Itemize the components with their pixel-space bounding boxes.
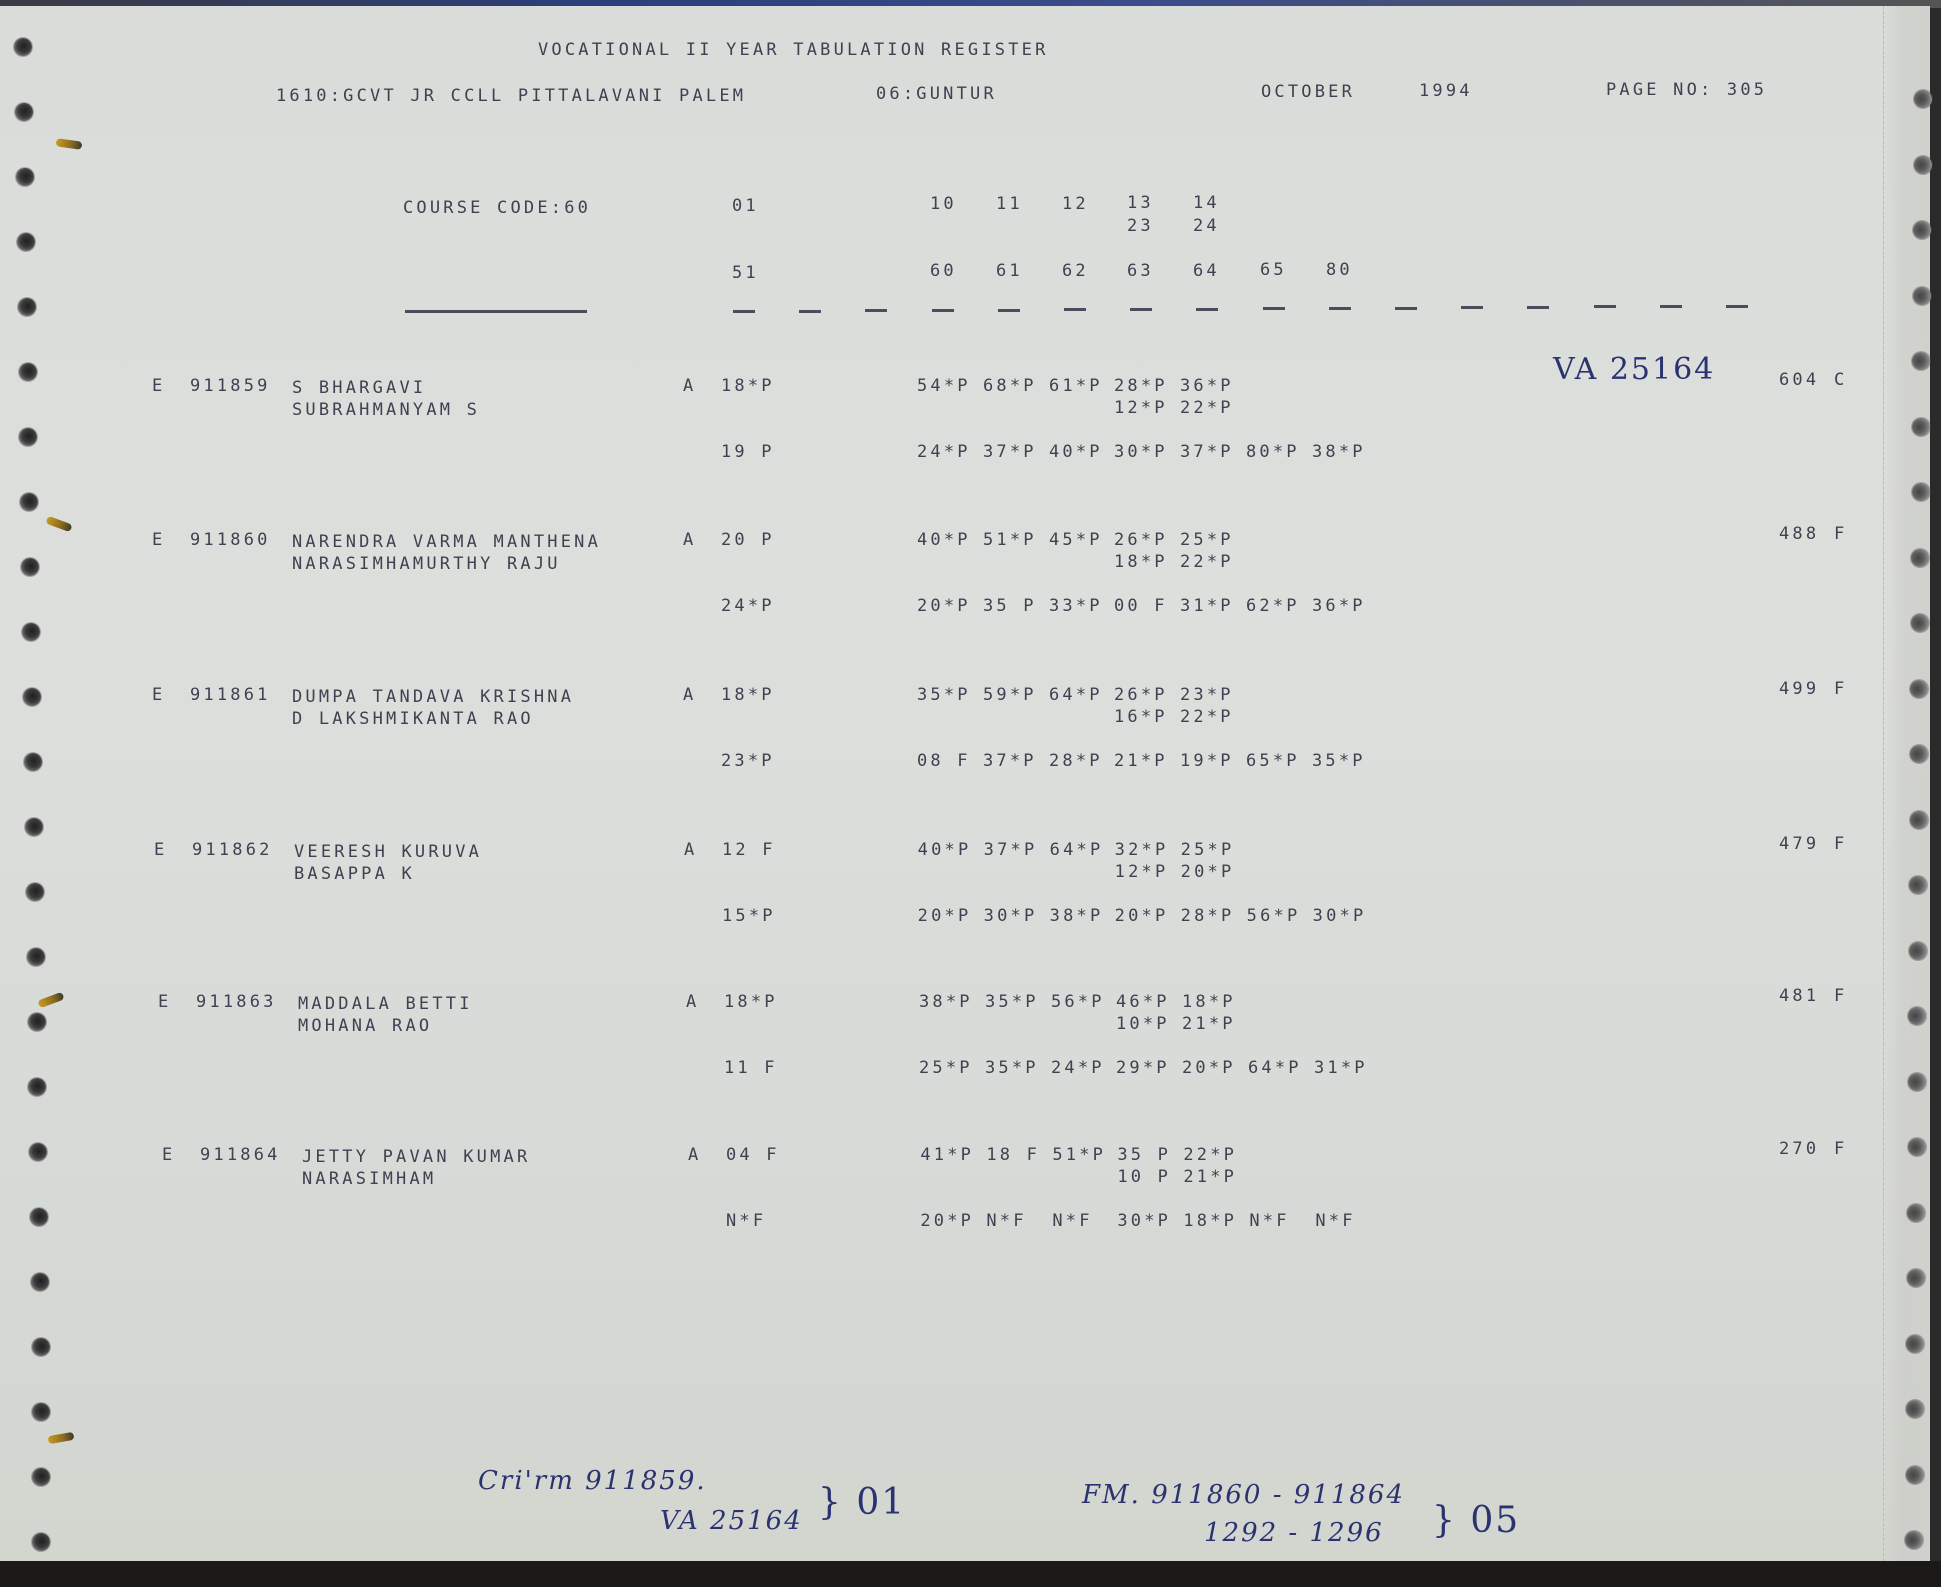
second-year-subject-mark: 33*P — [1049, 596, 1103, 616]
second-year-subject-mark: 40*P — [1049, 442, 1103, 462]
feed-hole — [1910, 745, 1928, 763]
father-name: NARASIMHAM — [302, 1169, 436, 1189]
insect-speck — [48, 1432, 75, 1444]
college-name: 1610:GCVT JR CCLL PITTALAVANI PALEM — [276, 86, 746, 106]
second-year-subject-mark: 35*P — [1312, 751, 1366, 771]
record-flag: E — [152, 376, 165, 396]
feed-hole — [22, 623, 40, 641]
second-year-subject-mark: 21*P — [1114, 751, 1168, 771]
feed-hole — [1913, 287, 1931, 305]
first-year-subject-mark: 40*P — [918, 840, 972, 860]
second-year-subject-mark: 64*P — [1248, 1058, 1302, 1078]
first-year-subject-mark: 22*P — [1183, 1145, 1237, 1165]
practical-mark: 12*P — [1114, 398, 1168, 418]
student-name: MADDALA BETTI — [298, 994, 473, 1014]
student-name: DUMPA TANDAVA KRISHNA — [292, 687, 574, 707]
feed-hole — [1911, 614, 1929, 632]
second-year-subject-mark: 65*P — [1246, 751, 1300, 771]
second-year-subject-mark: 20*P — [918, 906, 972, 926]
second-year-subject-mark: 35*P — [985, 1058, 1039, 1078]
feed-hole — [29, 1143, 47, 1161]
second-year-subject-mark: 30*P — [1114, 442, 1168, 462]
group-code: A — [683, 530, 696, 550]
feed-hole — [19, 363, 37, 381]
feed-hole — [32, 1338, 50, 1356]
first-year-subject-mark: 35*P — [917, 685, 971, 705]
first-year-subject-mark: 64*P — [1050, 840, 1104, 860]
second-year-subject-mark: 28*P — [1049, 751, 1103, 771]
page-number: PAGE NO: 305 — [1606, 80, 1767, 100]
feed-hole — [20, 493, 38, 511]
practical-mark: 18*P — [1114, 552, 1168, 572]
first-year-subject-mark: 38*P — [919, 992, 973, 1012]
column-dash — [1527, 306, 1549, 309]
result-code: F — [1834, 834, 1847, 854]
second-year-subject-mark: 19*P — [1180, 751, 1234, 771]
column-dash — [799, 310, 821, 313]
record-flag: E — [152, 685, 165, 705]
handwritten-note-right-brace: } 05 — [1432, 1500, 1520, 1541]
father-name: D LAKSHMIKANTA RAO — [292, 709, 534, 729]
insect-speck — [56, 138, 83, 150]
first-year-subject-mark: 35*P — [985, 992, 1039, 1012]
handwritten-note-left-line1: Cri'rm 911859. — [478, 1466, 707, 1496]
second-year-subject-mark: N*F — [1052, 1211, 1092, 1231]
feed-hole — [1914, 90, 1932, 108]
result-code: F — [1834, 679, 1847, 699]
second-year-subject-mark: 24*P — [917, 442, 971, 462]
grand-total: 488 — [1779, 524, 1819, 544]
feed-hole — [1912, 418, 1930, 436]
feed-hole — [28, 1013, 46, 1031]
feed-hole — [1908, 1138, 1926, 1156]
feed-hole — [1910, 680, 1928, 698]
column-dash — [1461, 306, 1483, 309]
col-code-10: 10 — [930, 194, 957, 214]
second-year-subject-mark: 80*P — [1246, 442, 1300, 462]
student-name: S BHARGAVI — [292, 378, 426, 398]
second-year-subject-mark: N*F — [1249, 1211, 1289, 1231]
insect-speck — [37, 992, 64, 1008]
second-year-subject-mark: N*F — [986, 1211, 1026, 1231]
handwritten-annotation-va: VA 25164 — [1553, 352, 1715, 387]
feed-hole — [1910, 811, 1928, 829]
column-dash — [1064, 308, 1086, 311]
feed-hole — [1906, 1400, 1924, 1418]
col-code-12: 12 — [1062, 194, 1089, 214]
group-code: A — [683, 685, 696, 705]
group-code: A — [683, 376, 696, 396]
second-year-subject-mark: 25*P — [919, 1058, 973, 1078]
second-year-subject-mark: 20*P — [1115, 906, 1169, 926]
second-year-subject-mark: 20*P — [920, 1211, 974, 1231]
tractor-feed-strip-right — [1883, 6, 1930, 1561]
feed-hole — [16, 168, 34, 186]
feed-hole — [32, 1533, 50, 1551]
first-year-language-mark: 18*P — [721, 685, 775, 705]
second-year-subject-mark: 30*P — [1117, 1211, 1171, 1231]
col-code-64: 64 — [1193, 261, 1220, 281]
col-code-61: 61 — [996, 261, 1023, 281]
result-code: F — [1834, 1139, 1847, 1159]
feed-hole — [26, 883, 44, 901]
first-year-subject-mark: 41*P — [920, 1145, 974, 1165]
first-year-subject-mark: 35 P — [1117, 1145, 1171, 1165]
col-code-11: 11 — [996, 194, 1023, 214]
second-year-subject-mark: 31*P — [1180, 596, 1234, 616]
feed-hole — [32, 1468, 50, 1486]
feed-hole — [1911, 549, 1929, 567]
col-code-51: 51 — [732, 263, 759, 283]
father-name: SUBRAHMANYAM S — [292, 400, 480, 420]
second-year-language-mark: 19 P — [721, 442, 775, 462]
feed-hole — [14, 38, 32, 56]
col-code-65: 65 — [1260, 260, 1287, 280]
first-year-language-mark: 04 F — [726, 1145, 780, 1165]
handwritten-note-right-line2: 1292 - 1296 — [1204, 1518, 1384, 1548]
handwritten-note-right-line1: FM. 911860 - 911864 — [1082, 1480, 1405, 1510]
result-code: C — [1834, 370, 1847, 390]
first-year-subject-mark: 26*P — [1114, 530, 1168, 550]
feed-hole — [1907, 1269, 1925, 1287]
register-title: VOCATIONAL II YEAR TABULATION REGISTER — [538, 40, 1049, 60]
first-year-language-mark: 12 F — [722, 840, 776, 860]
result-code: F — [1834, 524, 1847, 544]
hall-ticket-number: 911863 — [196, 992, 277, 1012]
second-year-subject-mark: 20*P — [1182, 1058, 1236, 1078]
group-code: A — [684, 840, 697, 860]
feed-hole — [1914, 156, 1932, 174]
hall-ticket-number: 911861 — [190, 685, 271, 705]
column-dash — [733, 310, 755, 313]
col-code-13: 13 — [1127, 193, 1154, 213]
first-year-subject-mark: 59*P — [983, 685, 1037, 705]
first-year-language-mark: 18*P — [724, 992, 778, 1012]
practical-mark: 10 P — [1117, 1167, 1171, 1187]
first-year-subject-mark: 25*P — [1181, 840, 1235, 860]
second-year-subject-mark: 37*P — [983, 751, 1037, 771]
second-year-subject-mark: 36*P — [1312, 596, 1366, 616]
district-name: 06:GUNTUR — [876, 84, 997, 104]
practical-mark: 20*P — [1181, 862, 1235, 882]
handwritten-note-left-line2: VA 25164 — [660, 1506, 803, 1536]
hall-ticket-number: 911859 — [190, 376, 271, 396]
column-dash — [865, 309, 887, 312]
first-year-language-mark: 18*P — [721, 376, 775, 396]
column-dash — [998, 309, 1020, 312]
col-code-62: 62 — [1062, 261, 1089, 281]
second-year-subject-mark: N*F — [1315, 1211, 1355, 1231]
practical-mark: 10*P — [1116, 1014, 1170, 1034]
first-year-subject-mark: 68*P — [983, 376, 1037, 396]
second-year-subject-mark: 28*P — [1181, 906, 1235, 926]
first-year-subject-mark: 40*P — [917, 530, 971, 550]
second-year-language-mark: 23*P — [721, 751, 775, 771]
exam-year: 1994 — [1419, 81, 1473, 101]
feed-hole — [21, 558, 39, 576]
second-year-language-mark: 15*P — [722, 906, 776, 926]
column-dash — [932, 309, 954, 312]
second-year-subject-mark: 62*P — [1246, 596, 1300, 616]
father-name: MOHANA RAO — [298, 1016, 432, 1036]
practical-mark: 16*P — [1114, 707, 1168, 727]
column-dash — [1594, 305, 1616, 308]
first-year-subject-mark: 26*P — [1114, 685, 1168, 705]
column-dash — [1395, 307, 1417, 310]
feed-hole — [1907, 1204, 1925, 1222]
col-code-60: 60 — [930, 261, 957, 281]
feed-hole — [30, 1208, 48, 1226]
grand-total: 481 — [1779, 986, 1819, 1006]
first-year-subject-mark: 36*P — [1180, 376, 1234, 396]
course-code-underline — [405, 310, 587, 313]
second-year-subject-mark: 00 F — [1114, 596, 1168, 616]
grand-total: 604 — [1779, 370, 1819, 390]
practical-mark: 21*P — [1183, 1167, 1237, 1187]
column-dash — [1196, 308, 1218, 311]
col-code-63: 63 — [1127, 261, 1154, 281]
first-year-subject-mark: 61*P — [1049, 376, 1103, 396]
father-name: BASAPPA K — [294, 864, 415, 884]
second-year-language-mark: 11 F — [724, 1058, 778, 1078]
practical-mark: 22*P — [1180, 707, 1234, 727]
second-year-language-mark: N*F — [726, 1211, 766, 1231]
col-code-80: 80 — [1326, 260, 1353, 280]
feed-hole — [23, 688, 41, 706]
record-flag: E — [152, 530, 165, 550]
column-dash — [1726, 305, 1748, 308]
first-year-subject-mark: 32*P — [1115, 840, 1169, 860]
feed-hole — [27, 948, 45, 966]
tabulation-register-sheet: VOCATIONAL II YEAR TABULATION REGISTER 1… — [0, 6, 1930, 1563]
second-year-subject-mark: 35 P — [983, 596, 1037, 616]
feed-hole — [18, 298, 36, 316]
practical-mark: 12*P — [1115, 862, 1169, 882]
col-code-24: 24 — [1193, 216, 1220, 236]
student-name: NARENDRA VARMA MANTHENA — [292, 532, 601, 552]
second-year-subject-mark: 30*P — [1313, 906, 1367, 926]
second-year-subject-mark: 18*P — [1183, 1211, 1237, 1231]
feed-hole — [19, 428, 37, 446]
hall-ticket-number: 911862 — [192, 840, 273, 860]
col-code-01: 01 — [732, 196, 759, 216]
feed-hole — [1906, 1335, 1924, 1353]
feed-hole — [32, 1403, 50, 1421]
feed-hole — [1909, 942, 1927, 960]
first-year-subject-mark: 45*P — [1049, 530, 1103, 550]
second-year-subject-mark: 29*P — [1116, 1058, 1170, 1078]
insect-speck — [45, 516, 72, 532]
feed-hole — [1908, 1073, 1926, 1091]
first-year-subject-mark: 28*P — [1114, 376, 1168, 396]
student-name: JETTY PAVAN KUMAR — [302, 1147, 530, 1167]
second-year-subject-mark: 20*P — [917, 596, 971, 616]
first-year-subject-mark: 18*P — [1182, 992, 1236, 1012]
practical-mark: 21*P — [1182, 1014, 1236, 1034]
feed-hole — [31, 1273, 49, 1291]
grand-total: 499 — [1779, 679, 1819, 699]
first-year-subject-mark: 54*P — [917, 376, 971, 396]
feed-hole — [17, 233, 35, 251]
column-dash — [1660, 305, 1682, 308]
feed-hole — [1912, 483, 1930, 501]
practical-mark: 22*P — [1180, 398, 1234, 418]
col-code-23: 23 — [1127, 216, 1154, 236]
feed-hole — [24, 753, 42, 771]
second-year-language-mark: 24*P — [721, 596, 775, 616]
second-year-subject-mark: 24*P — [1051, 1058, 1105, 1078]
grand-total: 270 — [1779, 1139, 1819, 1159]
first-year-subject-mark: 37*P — [984, 840, 1038, 860]
practical-mark: 22*P — [1180, 552, 1234, 572]
second-year-subject-mark: 31*P — [1314, 1058, 1368, 1078]
second-year-subject-mark: 08 F — [917, 751, 971, 771]
second-year-subject-mark: 38*P — [1050, 906, 1104, 926]
course-code-label: COURSE CODE:60 — [403, 198, 591, 218]
first-year-subject-mark: 51*P — [983, 530, 1037, 550]
feed-hole — [25, 818, 43, 836]
first-year-subject-mark: 56*P — [1051, 992, 1105, 1012]
feed-hole — [1906, 1466, 1924, 1484]
feed-hole — [15, 103, 33, 121]
group-code: A — [686, 992, 699, 1012]
second-year-subject-mark: 56*P — [1247, 906, 1301, 926]
grand-total: 479 — [1779, 834, 1819, 854]
second-year-subject-mark: 38*P — [1312, 442, 1366, 462]
feed-hole — [28, 1078, 46, 1096]
first-year-subject-mark: 18 F — [986, 1145, 1040, 1165]
record-flag: E — [154, 840, 167, 860]
handwritten-note-left-brace: } 01 — [818, 1482, 906, 1523]
second-year-subject-mark: 37*P — [1180, 442, 1234, 462]
hall-ticket-number: 911864 — [200, 1145, 281, 1165]
first-year-subject-mark: 25*P — [1180, 530, 1234, 550]
first-year-subject-mark: 46*P — [1116, 992, 1170, 1012]
first-year-subject-mark: 23*P — [1180, 685, 1234, 705]
exam-month: OCTOBER — [1261, 82, 1355, 102]
column-dash — [1263, 307, 1285, 310]
first-year-subject-mark: 64*P — [1049, 685, 1103, 705]
second-year-subject-mark: 30*P — [984, 906, 1038, 926]
father-name: NARASIMHAMURTHY RAJU — [292, 554, 561, 574]
background-surface — [0, 1561, 1941, 1587]
column-dash — [1329, 307, 1351, 310]
second-year-subject-mark: 37*P — [983, 442, 1037, 462]
col-code-14: 14 — [1193, 193, 1220, 213]
first-year-language-mark: 20 P — [721, 530, 775, 550]
student-name: VEERESH KURUVA — [294, 842, 482, 862]
record-flag: E — [162, 1145, 175, 1165]
result-code: F — [1834, 986, 1847, 1006]
column-dash — [1130, 308, 1152, 311]
record-flag: E — [158, 992, 171, 1012]
first-year-subject-mark: 51*P — [1052, 1145, 1106, 1165]
group-code: A — [688, 1145, 701, 1165]
hall-ticket-number: 911860 — [190, 530, 271, 550]
